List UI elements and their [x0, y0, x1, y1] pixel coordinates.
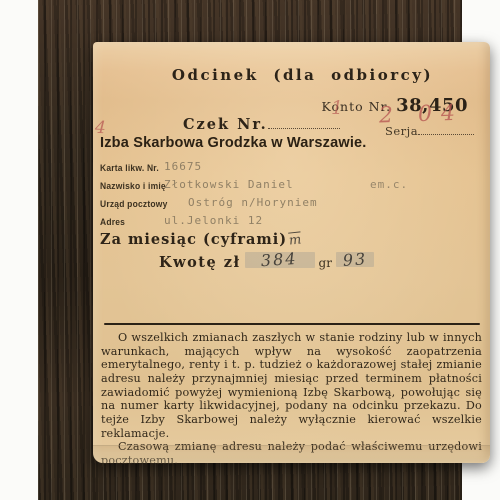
- notice-paragraph-1: O wszelkich zmianach zaszłych w stanie r…: [101, 331, 482, 440]
- gr-label: gr: [319, 256, 332, 270]
- field-value-typed: ul.Jelonki 12: [164, 214, 263, 227]
- paper-bottom-crease: [93, 445, 490, 463]
- field-extra-typed: em.c.: [370, 178, 408, 191]
- amount-zl-box: 384: [245, 252, 315, 268]
- field-row-nazwisko: Nazwisko i imię Złotkowski Daniel em.c.: [100, 177, 482, 195]
- field-value-typed: Ostróg n/Horyniem: [188, 196, 318, 209]
- amount-label: Kwotę zł: [159, 254, 241, 271]
- field-label: Karta likw. Nr.: [100, 162, 159, 173]
- amount-gr-handwritten: 93: [342, 249, 368, 270]
- wooden-table-background: Odcinek (dla odbiorcy) Konto Nr. 38,450 …: [38, 0, 462, 500]
- document-title: Odcinek (dla odbiorcy): [93, 66, 490, 84]
- red-stamp-mark: 1: [331, 97, 343, 119]
- field-row-karta-likw: Karta likw. Nr. 16675: [100, 159, 482, 177]
- field-label: Adres: [100, 216, 125, 227]
- field-row-adres: Adres ul.Jelonki 12: [100, 213, 482, 231]
- field-row-urzad-pocztowy: Urząd pocztowy Ostróg n/Horyniem: [100, 195, 482, 213]
- amount-line: Kwotę zł384gr93: [159, 252, 378, 271]
- czek-dotted-line: [268, 117, 340, 129]
- field-label: Urząd pocztowy: [100, 198, 168, 209]
- divider-rule: [104, 323, 480, 325]
- czek-label: Czek Nr.: [183, 116, 268, 133]
- amount-zl-handwritten: 384: [261, 249, 299, 271]
- form-fields: Karta likw. Nr. 16675 Nazwisko i imię Zł…: [100, 159, 482, 231]
- czek-line: Czek Nr.: [183, 116, 340, 133]
- issuer-heading: Izba Skarbowa Grodzka w Warszawie.: [100, 135, 367, 151]
- month-label: Za miesiąc (cyframi): [100, 231, 287, 248]
- month-handwritten-mark: m: [288, 232, 302, 248]
- field-value-typed: Złotkowski Daniel: [164, 178, 294, 191]
- paper-receipt-slip: Odcinek (dla odbiorcy) Konto Nr. 38,450 …: [93, 42, 490, 463]
- field-value-typed: 16675: [164, 160, 202, 173]
- serja-red-stamp: 2 04: [379, 101, 465, 129]
- field-label: Nazwisko i imię: [100, 180, 166, 191]
- amount-gr-box: 93: [336, 252, 374, 267]
- month-line: Za miesiąc (cyframi)m: [100, 231, 301, 248]
